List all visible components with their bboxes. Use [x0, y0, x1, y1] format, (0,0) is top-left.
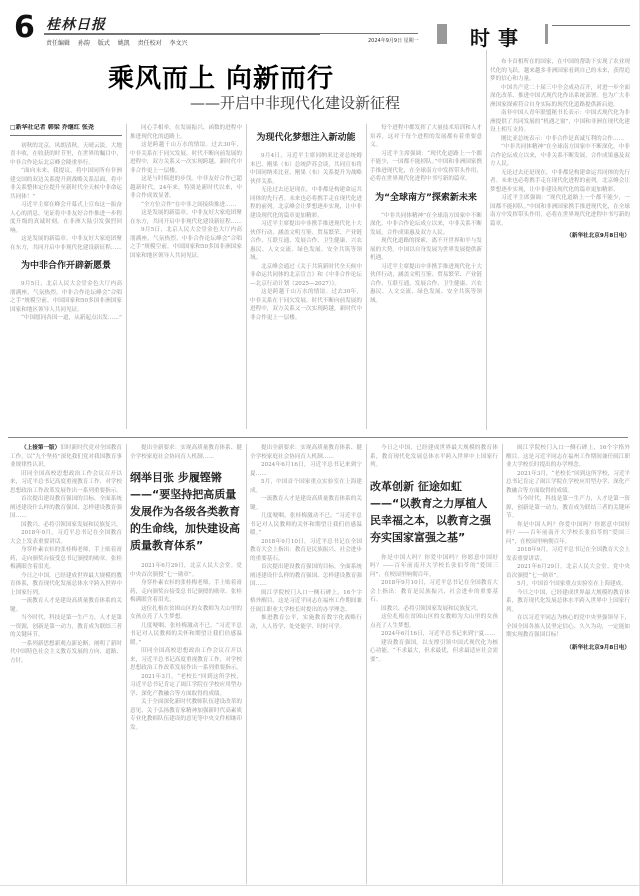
- paragraph: 建设教育强国，以支撑引领中国式现代化为核心功能。“不求最大，但求最优，但求最适应…: [370, 639, 498, 665]
- paragraph: 2021年3月，“老校长”回到这所学校，习近平总书记肯定了闽江学院在学校应用型办…: [130, 673, 242, 699]
- column-rule: [502, 444, 503, 884]
- paragraph: 同心手相牵，在发展振兴、函数的进程中推进现代化的道路上。: [130, 124, 242, 141]
- column-rule: [246, 444, 247, 884]
- paragraph: 现代化道路的探索，离不开世界和平与发展的大势。中国以自身发展为世界发展提供新机遇…: [370, 237, 482, 263]
- paragraph: 今日之中国，已经建成世界最大规模的教育体系，教育现代化发展总体水平跨入世界中上国…: [506, 589, 630, 615]
- paragraph: 国教兴、必将引领国家发展和民族复兴。: [370, 605, 498, 614]
- paragraph: 9月5日，北京人民大会堂金色大厅内高朋满座，气氛热烈。中非合作论坛峰会“合唱之手…: [10, 280, 122, 314]
- masthead-rule-middle: [300, 33, 418, 34]
- paragraph: 2021年6月29日，北京人民大会堂。党中央首次颁授“七一勋章”。: [506, 563, 630, 580]
- column-rule: [366, 444, 367, 884]
- paragraph: 今日之中国，已经建成世界最大规模的教育体系，教育现代化发展总体水平跨入世界中上国…: [10, 572, 122, 598]
- second-column-4: 今日之中国，已经建成世界最大规模的教育体系，教育现代化发展总体水平跨入世界中上国…: [370, 444, 498, 884]
- paragraph: “中非共同体精神”在全球南方国家中不断深化。中非合作论坛成立以来，中非关系不断发…: [490, 143, 630, 169]
- article-divider: [8, 437, 628, 438]
- newspaper-logo: 桂林日报: [46, 14, 106, 34]
- paragraph: 习近平主席提出中非携手推进现代化十大伙伴行动，涵盖文明互鉴、贸易繁荣、产业链合作…: [370, 263, 482, 306]
- paragraph: 这位扎根在贫困山区的女教师为大山里的女孩点亮了人生梦想。: [370, 613, 498, 630]
- paragraph: 南非中国人青年联盟秘书长表示：中国式现代化为非洲提供了共同发展的“机遇之窗”，中…: [490, 109, 630, 135]
- paragraph: 刚比亚总统表示：中非合作是真诚互利的合作……: [490, 135, 630, 144]
- paragraph: 你是中国人吗？你爱中国吗？你愿意中国好吗？——百年前南开大学校长张伯苓的“爱国三…: [370, 554, 498, 580]
- paragraph: 提出全新要求：实现高质量教育体系、健全学校家庭社会协同育人机制……: [250, 444, 362, 461]
- paragraph: 国教兴、必将引领国家发展和民族复兴。: [10, 521, 122, 530]
- lead-subheadline: ——开启中非现代化建设新征程: [190, 92, 400, 113]
- editors-line: 责任编辑 孙韵 版式 姚凯 责任校对 李文兴: [46, 38, 188, 47]
- paragraph: 9月5日，北京人民大会堂金色大厅内高朋满座，气氛热烈。中非合作论坛峰会“合唱之手…: [130, 226, 242, 260]
- paragraph: 这是与时俱进的步伐。中非友好合作已超越新时代，24年来，特别是新时代以来，中非合…: [130, 175, 242, 201]
- paragraph: 身穿朴素衣衫的张桂梅老师，手上贴着膏药，走向颁奖台接受总书记颁授的勋章。张桂梅满…: [10, 546, 122, 572]
- paragraph: 习近平主席强调：“现代化道路上一个都不能少，一国都不能掉队。”中国和非洲国家携手…: [490, 194, 630, 228]
- paragraph: 旧同全国高校思想政治工作会议召开以来，习近平总书记高度重视教育工作，对学校思想政…: [130, 647, 242, 673]
- paragraph: “面向未来，我提议，将中国同所有非洲建交国的双边关系提升到战略关系层面，将中非关…: [10, 167, 122, 201]
- paragraph: 习近平主席提出中非携手推进现代化十大伙伴行动，涵盖文明互鉴、贸易繁荣、产业链合作…: [250, 220, 362, 263]
- paragraph: “中非共同体精神”在全球南方国家中不断深化。中非合作论坛成立以来，中非关系不断发…: [370, 212, 482, 238]
- masthead-rule: [44, 33, 320, 35]
- subsection-title: 为“全球南方”探索新未来: [370, 192, 482, 204]
- column-rule: [246, 124, 247, 429]
- masthead: 6 桂林日报 责任编辑 孙韵 版式 姚凯 责任校对 李文兴 2024年9月9日 …: [0, 0, 640, 50]
- paragraph: 2024年6月16日，习近平总书记来到宁夏……: [250, 461, 362, 478]
- lead-headline: 乘风而上 向新而行: [108, 58, 334, 95]
- continuation-tag: （上接第一版）: [21, 445, 60, 451]
- paragraph: 这是跨越千山万水的情谊。过去30年，中非关系在于同欠发展、时代不断向前发展的进程…: [250, 288, 362, 322]
- newspaper-page: 6 桂林日报 责任编辑 孙韵 版式 姚凯 责任校对 李文兴 2024年9月9日 …: [0, 0, 640, 896]
- paragraph: 布卡首相所在的国家，在中国的帮助下实现了农业现代化的飞跃，越来越多非洲国家看到自…: [490, 58, 630, 84]
- section-title: 时事: [470, 22, 526, 51]
- paragraph: “全方位合作”在中非之间接续推进……: [130, 201, 242, 210]
- paragraph: 2024年6月16日，习近平总书记来到宁夏……: [370, 630, 498, 639]
- paragraph: 每个进程中都发挥了大量技术培训和人才培养，这对于每个进程的发展都有着重要意义。: [370, 124, 482, 150]
- page-number: 6: [14, 12, 38, 44]
- paragraph: 2021年6月29日，北京人民大会堂。党中央首次颁授“七一勋章”。: [130, 562, 242, 579]
- paragraph: 闽江学院校门入口一侧石碑上，16个字格外醒目，这是习近平同志在福州工作期间兼任闽…: [250, 589, 362, 615]
- paragraph: 2018年9月，习近平总书记在全国教育大会上发表重要讲话。: [506, 546, 630, 563]
- lead-column-4: 每个进程中都发挥了大量技术培训和人才培养，这对于每个进程的发展都有着重要意义。 …: [370, 124, 482, 429]
- paragraph: 这是发展的新篇章。中非友好大家庭团聚在东方，共同开启中非现代化建设新征程……: [130, 209, 242, 226]
- paragraph: 当今时代，科技是第一生产力，人才是第一资源，创新是第一动力，教育成为联结三者的关…: [506, 495, 630, 521]
- paragraph: 身穿朴素衣衫的张桂梅老师，手上贴着膏药，走向颁奖台接受总书记颁授的勋章。张桂梅满…: [130, 579, 242, 605]
- paragraph: 初秋的北京，风朗清秋，天晴云淡。大地喜丰收，在收获的时节里，在世界的瞩目中，中非…: [10, 142, 122, 168]
- lead-column-2: 同心手相牵，在发展振兴、函数的进程中推进现代化的道路上。 这是跨越千山万水的情谊…: [130, 124, 242, 429]
- paragraph: 几度哽咽，张桂梅激动不已。“习近平总书记对人民教师的关怀和期望让我们倍感温暖。”: [250, 512, 362, 538]
- paragraph: 一流教育人才是建设高质量教育体系的关键。: [250, 495, 362, 512]
- paragraph: 旧同全国高校思想政治工作会议召开以来，习近平总书记高度重视教育工作，对学校思想政…: [10, 470, 122, 496]
- paragraph: 闽江学院校门入口一侧石碑上，16个字格外醒目，这是习近平同志在福州工作期间兼任闽…: [506, 444, 630, 470]
- paragraph: 中国共产党二十届三中全会成功召开，对进一步全面深化改革、推进中国式现代化作出系统…: [490, 84, 630, 110]
- subsection-title: 为中非合作开辟新愿景: [10, 260, 122, 272]
- dateline: （新华社北京9月8日电）: [490, 232, 630, 241]
- paragraph: 这位扎根在贫困山区的女教师为大山里的女孩点亮了人生梦想。: [130, 605, 242, 622]
- paragraph: 今日之中国，已经建成世界最大规模的教育体系，教育现代化发展总体水平跨入世界中上国…: [370, 444, 498, 470]
- lead-column-3: 为现代化梦想注入新动能 9月4日，习近平主席同纳米比亚总统姆本巴、刚果（布）总统…: [250, 124, 362, 429]
- paragraph: 2018年9月10日，习近平总书记在全国教育大会上指出：教育是民族振兴、社会进步…: [370, 579, 498, 605]
- dateline: （新华社北京9月8日电）: [506, 644, 630, 653]
- masthead-rule-right: [552, 25, 630, 26]
- column-rule: [126, 444, 127, 884]
- paragraph: 5月，中国首个国家重点实验室在上海建成。: [506, 580, 630, 589]
- paragraph: 习近平主席在峰会开幕式上宣布这一振奋人心的消息，见证将中非友好合作推进一步程度升…: [10, 201, 122, 235]
- subsection-title: 为现代化梦想注入新动能: [250, 132, 362, 144]
- paragraph: 你是中国人吗？你爱中国吗？你愿意中国好吗？——百年前南开大学校长张伯苓的“爱国三…: [506, 521, 630, 547]
- paragraph: 首次提出建设教育强国的目标，全面系统阐述建设什么样的教育强国、怎样建设教育强国……: [250, 563, 362, 589]
- paragraph: 北京峰会通过《关于共筑新时代全天候中非命运共同体的北京宣言》和《中非合作论坛—北…: [250, 263, 362, 289]
- paragraph: 提出全新要求：实现高质量教育体系、健全学校家庭社会协同育人机制……: [130, 444, 242, 461]
- second-column-3: 提出全新要求：实现高质量教育体系、健全学校家庭社会协同育人机制…… 2024年6…: [250, 444, 362, 884]
- paragraph: 一流教育人才是建设高质量教育体系的关键。: [10, 597, 122, 614]
- byline: □新华社记者 韩梁 乔继红 张尧: [10, 124, 122, 136]
- page-bottom-edge: [0, 885, 640, 886]
- paragraph: （上接第一版）旧时新时代党对全国教育工作，以“九个坚持”深化我们党对我国教育事业…: [10, 444, 122, 470]
- paragraph: 5月，中国首个国家重点实验室在上海建成。: [250, 478, 362, 495]
- paragraph: 无论过去还是现在，中非都是构建命运共同体的先行者。未来也必将携手走在现代化进程的…: [490, 169, 630, 195]
- paragraph: 2018年9月10日，习近平总书记在全国教育大会上指出：教育是民族振兴、社会进步…: [250, 538, 362, 564]
- paragraph: 9月4日，习近平主席同纳米比亚总统姆本巴、刚果（布）总统萨苏会谈，共同宣布将中国…: [250, 152, 362, 186]
- paragraph: 2018年9月，习近平总书记在全国教育大会上发表重要讲话。: [10, 529, 122, 546]
- paragraph: 一系列新思想新观点新论断，阐明了新时代中国特色社会主义教育发展的方向、道路、方针…: [10, 640, 122, 666]
- paragraph: 这是发展的新篇章。中非友好大家庭团聚在东方，共同开启中非现代化建设新征程……: [10, 235, 122, 252]
- lead-column-5: 布卡首相所在的国家，在中国的帮助下实现了农业现代化的飞跃，越来越多非洲国家看到自…: [490, 58, 630, 430]
- paragraph: 当今时代，科技是第一生产力，人才是第一资源，创新是第一动力，教育成为联结三者的关…: [10, 614, 122, 640]
- paragraph: “中国愿同各国一道，从新起点出发……”: [10, 314, 122, 323]
- paragraph: 在以习近平同志为核心的党中央坚强领导下，全国全国各族人民坚定信心、久久为功，一定…: [506, 614, 630, 640]
- section-marker-bar: [545, 24, 548, 44]
- paragraph: 几度哽咽，张桂梅激动不已。“习近平总书记对人民教师的关怀和期望让我们倍感温暖。”: [130, 622, 242, 648]
- column-rule: [486, 50, 487, 430]
- issue-date: 2024年9月9日 星期一: [368, 37, 419, 44]
- subsection-title: 纲举目张 步履铿锵——“要坚持把高质量发展作为各级各类教育的生命线，加快建设高质…: [130, 469, 242, 554]
- paragraph: 这是跨越千山万水的情谊。过去30年，中非关系在于同欠发展、时代不断向前发展的进程…: [130, 141, 242, 175]
- lead-column-1: □新华社记者 韩梁 乔继红 张尧 初秋的北京，风朗清秋，天晴云淡。大地喜丰收，在…: [10, 124, 122, 429]
- paragraph: 无论过去还是现在，中非都是构建命运共同体的先行者。未来也必将携手走在现代化进程的…: [250, 186, 362, 220]
- paragraph: 习近平主席强调：“现代化道路上一个都不能少，一国都不能掉队。”中国和非洲国家携手…: [370, 150, 482, 184]
- subsection-title: 改革创新 征途如虹——“以教育之力厚植人民幸福之本，以教育之强夯实国家富强之基”: [370, 478, 498, 546]
- second-column-5: 闽江学院校门入口一侧石碑上，16个字格外醒目，这是习近平同志在福州工作期间兼任闽…: [506, 444, 630, 884]
- paragraph: 2021年3月，“老校长”回到这所学校，习近平总书记肯定了闽江学院在学校应用型办…: [506, 470, 630, 496]
- column-rule: [126, 124, 127, 429]
- paragraph: 首次提出建设教育强国的目标，全面系统阐述建设什么样的教育强国、怎样建设教育强国……: [10, 495, 122, 521]
- paragraph: 推进教育公平，实施教育数字化战略行动，人人皆学、处处能学、时时可学。: [250, 614, 362, 631]
- column-rule: [366, 124, 367, 429]
- second-column-1: （上接第一版）旧时新时代党对全国教育工作，以“九个坚持”深化我们党对我国教育事业…: [10, 444, 122, 884]
- section-marker-block: [437, 24, 447, 44]
- paragraph: 关于全面深化新时代教师队伍建设改革的意见、关于弘扬教育家精神加强新时代高素质专业…: [130, 698, 242, 732]
- second-column-2: 提出全新要求：实现高质量教育体系、健全学校家庭社会协同育人机制…… 纲举目张 步…: [130, 444, 242, 884]
